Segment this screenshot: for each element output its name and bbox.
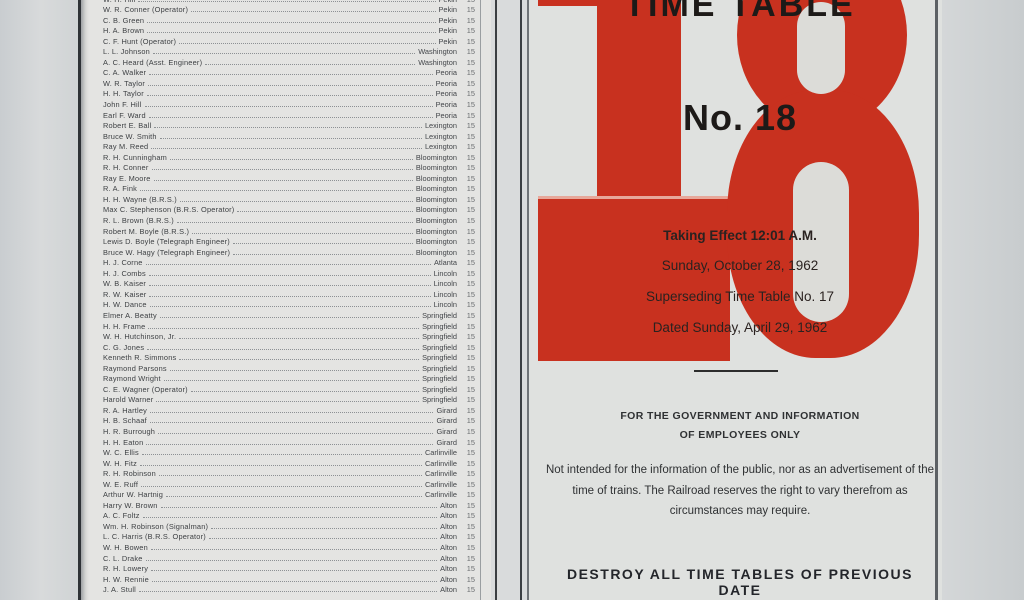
divider-rule — [694, 370, 778, 372]
directory-code: 15 — [457, 121, 475, 131]
directory-code: 15 — [457, 79, 475, 89]
employee-directory-list: W. H. HillPekin15W. R. Conner (Operator)… — [103, 0, 475, 595]
directory-town: Alton — [440, 585, 457, 595]
directory-row: Raymond ParsonsSpringfield15 — [103, 363, 475, 374]
directory-town: Lincoln — [434, 279, 457, 289]
directory-code: 15 — [457, 132, 475, 142]
directory-name: Robert M. Boyle (B.R.S.) — [103, 227, 189, 237]
notice-heading: OF EMPLOYEES ONLY — [545, 429, 935, 441]
directory-code: 15 — [457, 438, 475, 448]
directory-row: Wm. H. Robinson (Signalman)Alton15 — [103, 521, 475, 532]
directory-code: 15 — [457, 174, 475, 184]
time-table-number: No. 18 — [560, 97, 920, 139]
leader-dots — [180, 200, 413, 202]
directory-row: W. E. RuffCarlinville15 — [103, 479, 475, 490]
directory-town: Carlinville — [425, 469, 457, 479]
directory-code: 15 — [457, 47, 475, 57]
directory-town: Girard — [436, 438, 457, 448]
directory-row: W. R. Conner (Operator)Pekin15 — [103, 5, 475, 16]
directory-town: Alton — [440, 501, 457, 511]
directory-row: Earl F. WardPeoria15 — [103, 110, 475, 121]
directory-row: Max C. Stephenson (B.R.S. Operator)Bloom… — [103, 205, 475, 216]
directory-name: H. W. Rennie — [103, 575, 149, 585]
directory-town: Bloomington — [416, 248, 457, 258]
directory-row: Kenneth R. SimmonsSpringfield15 — [103, 353, 475, 364]
directory-town: Girard — [436, 416, 457, 426]
directory-name: R. A. Fink — [103, 184, 137, 194]
directory-row: A. C. FoltzAlton15 — [103, 511, 475, 522]
directory-town: Alton — [440, 564, 457, 574]
directory-code: 15 — [457, 16, 475, 26]
directory-town: Lincoln — [434, 290, 457, 300]
leader-dots — [179, 358, 419, 360]
directory-row: Harry W. BrownAlton15 — [103, 500, 475, 511]
directory-name: Harry W. Brown — [103, 501, 158, 511]
directory-code: 15 — [457, 37, 475, 47]
directory-code: 15 — [457, 227, 475, 237]
directory-code: 15 — [457, 205, 475, 215]
directory-town: Peoria — [436, 111, 457, 121]
directory-code: 15 — [457, 290, 475, 300]
directory-row: C. B. GreenPekin15 — [103, 15, 475, 26]
directory-code: 15 — [457, 501, 475, 511]
directory-code: 15 — [457, 385, 475, 395]
directory-code: 15 — [457, 353, 475, 363]
notice-heading: FOR THE GOVERNMENT AND INFORMATION — [545, 410, 935, 422]
directory-row: R. L. Brown (B.R.S.)Bloomington15 — [103, 215, 475, 226]
leader-dots — [160, 137, 422, 139]
directory-code: 15 — [457, 163, 475, 173]
directory-name: W. H. Fitz — [103, 459, 137, 469]
directory-code: 15 — [457, 248, 475, 258]
directory-name: W. R. Taylor — [103, 79, 145, 89]
directory-name: W. H. Hutchinson, Jr. — [103, 332, 176, 342]
leader-dots — [156, 400, 419, 402]
numeral-eight-shape — [727, 0, 927, 360]
directory-code: 15 — [457, 26, 475, 36]
directory-name: W. E. Ruff — [103, 480, 138, 490]
leader-dots — [233, 253, 413, 255]
directory-name: A. C. Heard (Asst. Engineer) — [103, 58, 202, 68]
directory-row: A. C. Heard (Asst. Engineer)Washington15 — [103, 57, 475, 68]
directory-code: 15 — [457, 5, 475, 15]
directory-row: Ray M. ReedLexington15 — [103, 142, 475, 153]
directory-name: H. H. Frame — [103, 322, 145, 332]
directory-town: Pekin — [439, 26, 458, 36]
leader-dots — [170, 158, 413, 160]
directory-row: Bruce W. SmithLexington15 — [103, 131, 475, 142]
directory-code: 15 — [457, 142, 475, 152]
directory-name: H. H. Wayne (B.R.S.) — [103, 195, 177, 205]
directory-code: 15 — [457, 554, 475, 564]
directory-town: Washington — [418, 58, 457, 68]
directory-code: 15 — [457, 511, 475, 521]
directory-row: C. G. JonesSpringfield15 — [103, 342, 475, 353]
directory-row: H. H. FrameSpringfield15 — [103, 321, 475, 332]
leader-dots — [149, 73, 432, 75]
directory-row: L. C. Harris (B.R.S. Operator)Alton15 — [103, 532, 475, 543]
effective-date: Sunday, October 28, 1962 — [560, 258, 920, 273]
directory-code: 15 — [457, 184, 475, 194]
numeral-one-shape — [538, 196, 730, 361]
directory-town: Bloomington — [416, 163, 457, 173]
leader-dots — [160, 316, 419, 318]
directory-town: Girard — [436, 427, 457, 437]
directory-row: J. A. StullAlton15 — [103, 585, 475, 596]
leader-dots — [150, 411, 433, 413]
leader-dots — [151, 569, 437, 571]
directory-code: 15 — [457, 89, 475, 99]
directory-code: 15 — [457, 311, 475, 321]
directory-town: Bloomington — [416, 153, 457, 163]
directory-town: Lincoln — [434, 269, 457, 279]
leader-dots — [140, 189, 413, 191]
directory-name: W. C. Ellis — [103, 448, 139, 458]
leader-dots — [146, 443, 433, 445]
directory-code: 15 — [457, 300, 475, 310]
leader-dots — [237, 210, 412, 212]
directory-name: John F. Hill — [103, 100, 142, 110]
leader-dots — [152, 168, 413, 170]
left-page-directory: W. H. HillPekin15W. R. Conner (Operator)… — [78, 0, 491, 600]
directory-row: C. E. Wagner (Operator)Springfield15 — [103, 384, 475, 395]
directory-name: Elmer A. Beatty — [103, 311, 157, 321]
directory-code: 15 — [457, 343, 475, 353]
directory-town: Alton — [440, 543, 457, 553]
directory-town: Alton — [440, 511, 457, 521]
directory-town: Springfield — [422, 353, 457, 363]
leader-dots — [138, 0, 435, 2]
leader-dots — [179, 337, 419, 339]
directory-town: Carlinville — [425, 459, 457, 469]
directory-town: Bloomington — [416, 184, 457, 194]
directory-row: H. W. DanceLincoln15 — [103, 300, 475, 311]
directory-town: Bloomington — [416, 205, 457, 215]
leader-dots — [192, 232, 413, 234]
directory-town: Lexington — [425, 132, 457, 142]
directory-name: W. H. Hill — [103, 0, 135, 5]
leader-dots — [211, 527, 437, 529]
directory-name: Lewis D. Boyle (Telegraph Engineer) — [103, 237, 230, 247]
directory-name: R. A. Hartley — [103, 406, 147, 416]
directory-town: Springfield — [422, 395, 457, 405]
leader-dots — [149, 116, 433, 118]
leader-dots — [158, 432, 433, 434]
leader-dots — [233, 242, 413, 244]
directory-name: H. W. Dance — [103, 300, 147, 310]
directory-name: H. R. Burrough — [103, 427, 155, 437]
column-rule — [480, 0, 481, 600]
directory-row: Robert E. BallLexington15 — [103, 121, 475, 132]
notice-body: Not intended for the information of the … — [545, 460, 935, 522]
binding-line — [520, 0, 522, 600]
directory-name: R. H. Conner — [103, 163, 149, 173]
directory-town: Bloomington — [416, 237, 457, 247]
effective-line: Taking Effect 12:01 A.M. — [560, 228, 920, 243]
directory-row: R. H. RobinsonCarlinville15 — [103, 469, 475, 480]
directory-town: Springfield — [422, 374, 457, 384]
directory-town: Peoria — [436, 79, 457, 89]
directory-name: J. A. Stull — [103, 585, 136, 595]
leader-dots — [161, 506, 438, 508]
leader-dots — [142, 453, 422, 455]
directory-code: 15 — [457, 532, 475, 542]
leader-dots — [150, 421, 434, 423]
directory-name: Ray M. Reed — [103, 142, 148, 152]
leader-dots — [146, 559, 438, 561]
directory-name: R. L. Brown (B.R.S.) — [103, 216, 174, 226]
directory-code: 15 — [457, 585, 475, 595]
directory-row: Raymond WrightSpringfield15 — [103, 374, 475, 385]
leader-dots — [149, 274, 431, 276]
directory-town: Pekin — [439, 16, 458, 26]
directory-code: 15 — [457, 395, 475, 405]
directory-code: 15 — [457, 374, 475, 384]
directory-name: C. L. Drake — [103, 554, 143, 564]
directory-code: 15 — [457, 543, 475, 553]
directory-name: C. E. Wagner (Operator) — [103, 385, 188, 395]
leader-dots — [147, 94, 433, 96]
directory-name: R. H. Lowery — [103, 564, 148, 574]
directory-town: Springfield — [422, 343, 457, 353]
directory-town: Springfield — [422, 364, 457, 374]
directory-code: 15 — [457, 58, 475, 68]
leader-dots — [179, 42, 435, 44]
directory-town: Springfield — [422, 322, 457, 332]
directory-code: 15 — [457, 322, 475, 332]
directory-town: Bloomington — [416, 227, 457, 237]
directory-name: L. L. Johnson — [103, 47, 150, 57]
directory-row: Ray E. MooreBloomington15 — [103, 173, 475, 184]
leader-dots — [149, 295, 430, 297]
leader-dots — [151, 147, 422, 149]
directory-row: Harold WarnerSpringfield15 — [103, 395, 475, 406]
leader-dots — [149, 284, 431, 286]
directory-row: W. H. FitzCarlinville15 — [103, 458, 475, 469]
leader-dots — [191, 10, 435, 12]
directory-town: Carlinville — [425, 448, 457, 458]
directory-row: W. R. TaylorPeoria15 — [103, 78, 475, 89]
directory-name: H. A. Brown — [103, 26, 144, 36]
leader-dots — [141, 485, 422, 487]
leader-dots — [170, 369, 419, 371]
directory-row: H. J. CombsLincoln15 — [103, 268, 475, 279]
directory-town: Bloomington — [416, 174, 457, 184]
directory-code: 15 — [457, 490, 475, 500]
directory-name: Max C. Stephenson (B.R.S. Operator) — [103, 205, 234, 215]
directory-code: 15 — [457, 332, 475, 342]
directory-town: Springfield — [422, 385, 457, 395]
directory-code: 15 — [457, 258, 475, 268]
directory-town: Pekin — [439, 0, 458, 5]
directory-name: R. W. Kaiser — [103, 290, 146, 300]
directory-name: C. B. Green — [103, 16, 144, 26]
directory-town: Alton — [440, 554, 457, 564]
directory-code: 15 — [457, 0, 475, 5]
directory-row: H. A. BrownPekin15 — [103, 26, 475, 37]
directory-name: C. G. Jones — [103, 343, 144, 353]
directory-code: 15 — [457, 459, 475, 469]
directory-name: H. J. Corne — [103, 258, 143, 268]
directory-name: C. F. Hunt (Operator) — [103, 37, 176, 47]
supersedes-line: Superseding Time Table No. 17 — [560, 289, 920, 304]
directory-row: R. A. HartleyGirard15 — [103, 405, 475, 416]
directory-row: Lewis D. Boyle (Telegraph Engineer)Bloom… — [103, 237, 475, 248]
directory-town: Springfield — [422, 311, 457, 321]
leader-dots — [147, 21, 435, 23]
directory-row: W. B. KaiserLincoln15 — [103, 279, 475, 290]
binding-line — [495, 0, 497, 600]
directory-name: C. A. Walker — [103, 68, 146, 78]
directory-name: W. H. Bowen — [103, 543, 148, 553]
directory-town: Lexington — [425, 121, 457, 131]
directory-name: W. B. Kaiser — [103, 279, 146, 289]
directory-name: Bruce W. Hagy (Telegraph Engineer) — [103, 248, 230, 258]
directory-code: 15 — [457, 237, 475, 247]
leader-dots — [154, 126, 422, 128]
directory-row: Bruce W. Hagy (Telegraph Engineer)Bloomi… — [103, 247, 475, 258]
directory-code: 15 — [457, 269, 475, 279]
directory-code: 15 — [457, 153, 475, 163]
leader-dots — [209, 537, 437, 539]
directory-town: Peoria — [436, 100, 457, 110]
directory-name: Wm. H. Robinson (Signalman) — [103, 522, 208, 532]
directory-name: Arthur W. Hartnig — [103, 490, 163, 500]
directory-row: C. F. Hunt (Operator)Pekin15 — [103, 36, 475, 47]
directory-row: H. W. RennieAlton15 — [103, 574, 475, 585]
directory-name: Ray E. Moore — [103, 174, 151, 184]
directory-row: R. H. ConnerBloomington15 — [103, 163, 475, 174]
directory-row: R. H. CunninghamBloomington15 — [103, 152, 475, 163]
directory-town: Bloomington — [416, 195, 457, 205]
directory-row: C. L. DrakeAlton15 — [103, 553, 475, 564]
directory-name: H. J. Combs — [103, 269, 146, 279]
directory-row: H. H. EatonGirard15 — [103, 437, 475, 448]
directory-code: 15 — [457, 406, 475, 416]
destroy-notice: DESTROY ALL TIME TABLES OF PREVIOUS DATE — [545, 566, 935, 598]
directory-town: Atlanta — [434, 258, 457, 268]
leader-dots — [191, 390, 419, 392]
directory-row: H. B. SchaafGirard15 — [103, 416, 475, 427]
leader-dots — [205, 63, 415, 65]
leader-dots — [140, 464, 422, 466]
directory-code: 15 — [457, 427, 475, 437]
directory-code: 15 — [457, 195, 475, 205]
directory-name: W. R. Conner (Operator) — [103, 5, 188, 15]
leader-dots — [139, 590, 437, 592]
directory-name: Harold Warner — [103, 395, 153, 405]
directory-row: Arthur W. HartnigCarlinville15 — [103, 490, 475, 501]
directory-row: L. L. JohnsonWashington15 — [103, 47, 475, 58]
directory-row: W. H. Hutchinson, Jr.Springfield15 — [103, 332, 475, 343]
directory-row: R. A. FinkBloomington15 — [103, 184, 475, 195]
directory-row: H. J. CorneAtlanta15 — [103, 258, 475, 269]
directory-row: W. H. BowenAlton15 — [103, 542, 475, 553]
directory-code: 15 — [457, 564, 475, 574]
directory-row: W. C. EllisCarlinville15 — [103, 448, 475, 459]
leader-dots — [153, 52, 415, 54]
leader-dots — [152, 580, 437, 582]
directory-code: 15 — [457, 68, 475, 78]
directory-row: H. R. BurroughGirard15 — [103, 426, 475, 437]
directory-name: H. B. Schaaf — [103, 416, 147, 426]
directory-name: L. C. Harris (B.R.S. Operator) — [103, 532, 206, 542]
directory-town: Alton — [440, 532, 457, 542]
directory-name: Kenneth R. Simmons — [103, 353, 176, 363]
directory-town: Lexington — [425, 142, 457, 152]
directory-town: Lincoln — [434, 300, 457, 310]
directory-town: Washington — [418, 47, 457, 57]
page-edge — [935, 0, 938, 600]
time-table-title: TIME TABLE — [560, 0, 920, 25]
leader-dots — [145, 105, 433, 107]
leader-dots — [147, 31, 435, 33]
directory-name: H. H. Taylor — [103, 89, 144, 99]
directory-town: Alton — [440, 522, 457, 532]
supersedes-date: Dated Sunday, April 29, 1962 — [560, 320, 920, 335]
directory-code: 15 — [457, 522, 475, 532]
directory-code: 15 — [457, 416, 475, 426]
directory-name: Robert E. Ball — [103, 121, 151, 131]
directory-row: C. A. WalkerPeoria15 — [103, 68, 475, 79]
directory-code: 15 — [457, 100, 475, 110]
leader-dots — [166, 495, 422, 497]
leader-dots — [164, 379, 419, 381]
directory-town: Peoria — [436, 89, 457, 99]
leader-dots — [154, 179, 413, 181]
directory-row: Elmer A. BeattySpringfield15 — [103, 310, 475, 321]
directory-town: Alton — [440, 575, 457, 585]
directory-name: R. H. Cunningham — [103, 153, 167, 163]
directory-town: Carlinville — [425, 480, 457, 490]
directory-code: 15 — [457, 216, 475, 226]
leader-dots — [150, 305, 431, 307]
directory-town: Girard — [436, 406, 457, 416]
leader-dots — [159, 474, 422, 476]
directory-name: R. H. Robinson — [103, 469, 156, 479]
directory-code: 15 — [457, 364, 475, 374]
directory-name: Raymond Parsons — [103, 364, 167, 374]
directory-code: 15 — [457, 111, 475, 121]
directory-row: R. W. KaiserLincoln15 — [103, 289, 475, 300]
directory-town: Carlinville — [425, 490, 457, 500]
directory-name: H. H. Eaton — [103, 438, 143, 448]
leader-dots — [147, 348, 419, 350]
directory-code: 15 — [457, 448, 475, 458]
leader-dots — [148, 327, 419, 329]
leader-dots — [151, 548, 437, 550]
directory-row: Robert M. Boyle (B.R.S.)Bloomington15 — [103, 226, 475, 237]
leader-dots — [146, 263, 431, 265]
directory-town: Pekin — [439, 5, 458, 15]
directory-row: John F. HillPeoria15 — [103, 99, 475, 110]
directory-name: Raymond Wright — [103, 374, 161, 384]
directory-code: 15 — [457, 279, 475, 289]
directory-town: Pekin — [439, 37, 458, 47]
directory-name: Bruce W. Smith — [103, 132, 157, 142]
leader-dots — [148, 84, 433, 86]
directory-town: Springfield — [422, 332, 457, 342]
directory-town: Bloomington — [416, 216, 457, 226]
directory-code: 15 — [457, 575, 475, 585]
leader-dots — [143, 516, 437, 518]
leader-dots — [177, 221, 413, 223]
directory-town: Peoria — [436, 68, 457, 78]
directory-name: Earl F. Ward — [103, 111, 146, 121]
directory-row: H. H. TaylorPeoria15 — [103, 89, 475, 100]
directory-code: 15 — [457, 469, 475, 479]
directory-row: H. H. Wayne (B.R.S.)Bloomington15 — [103, 194, 475, 205]
